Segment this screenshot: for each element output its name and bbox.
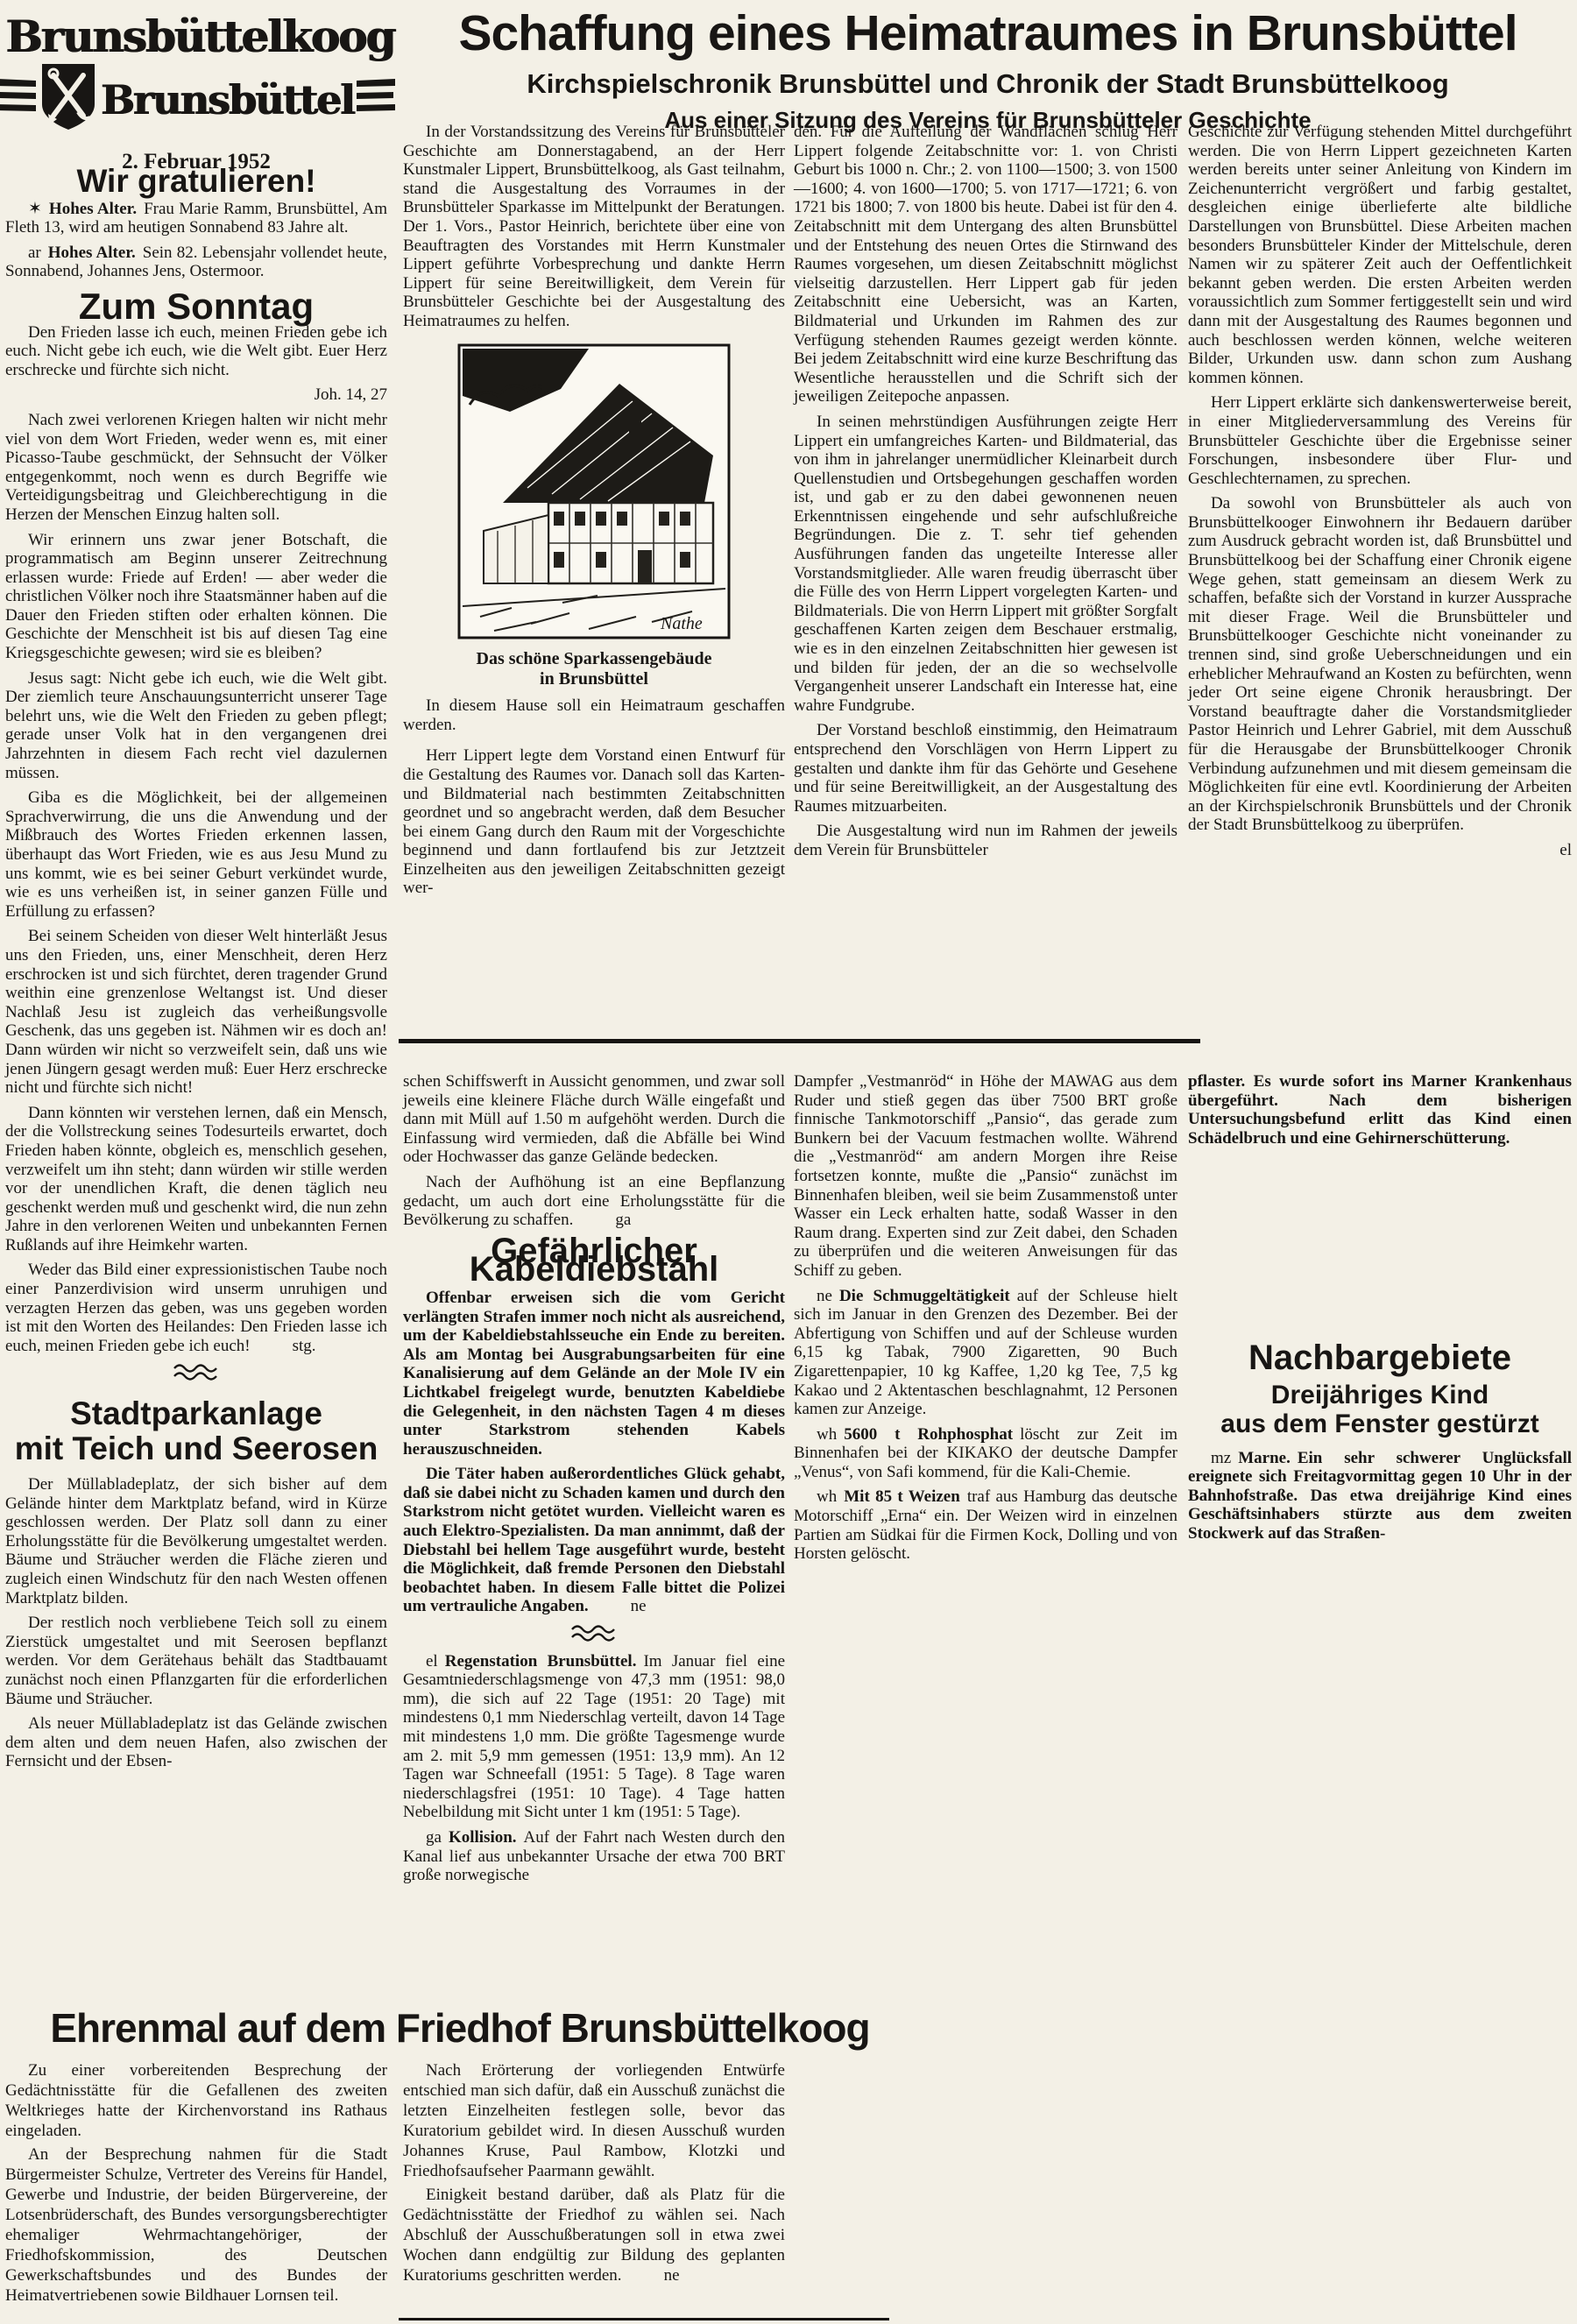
news-item-weizen: whMit 85 t Weizentraf aus Hamburg das de… xyxy=(794,1487,1177,1563)
horizontal-divider-rule xyxy=(399,1039,1200,1043)
bible-reference: Joh. 14, 27 xyxy=(5,385,387,405)
paragraph-text: Einigkeit bestand darüber, daß als Platz… xyxy=(403,2186,785,2285)
sonntag-paragraph: Jesus sagt: Nicht gebe ich euch, wie die… xyxy=(5,669,387,783)
article-paragraph: Der Vorstand beschloß einstimmig, den He… xyxy=(794,721,1177,816)
lower-column-3: Dampfer „Vestmanröd“ in Höhe der MAWAG a… xyxy=(794,1072,1177,1570)
news-item-hohes-alter-2: arHohes Alter.Sein 82. Lebensjahr vollen… xyxy=(5,244,387,281)
news-item-schmuggel: neDie Schmuggeltätigkeitauf der Schleuse… xyxy=(794,1287,1177,1419)
news-item-kollision: gaKollision.Auf der Fahrt nach Westen du… xyxy=(403,1828,785,1885)
stadtpark-paragraph: Der restlich noch verbliebene Teich soll… xyxy=(5,1614,387,1708)
wave-ornament-icon xyxy=(5,1361,387,1388)
article-paragraph: den. Für die Aufteilung der Wandflächen … xyxy=(794,123,1177,406)
main-headline: Schaffung eines Heimatraumes in Brunsbüt… xyxy=(399,7,1577,60)
item-mark: ✶ xyxy=(28,200,42,218)
kabeldiebstahl-heading: Gefährlicher Kabeldiebstahl xyxy=(403,1242,785,1280)
article-paragraph: Herr Lippert legte dem Vorstand einen En… xyxy=(403,746,785,898)
ehrenmal-column-b: Nach Erörterung der vorliegenden Entwürf… xyxy=(403,2060,785,2289)
news-item-regenstation: elRegenstation Brunsbüttel.Im Januar fie… xyxy=(403,1652,785,1822)
masthead-title-line1: Brunsbüttelkoog xyxy=(5,14,387,60)
nachbargebiete-heading: Nachbargebiete xyxy=(1188,1349,1572,1368)
image-caption-text: In diesem Hause soll ein Heimatraum gesc… xyxy=(403,696,785,734)
kabeldiebstahl-paragraph: Die Täter haben außerordentliches Glück … xyxy=(403,1465,785,1616)
city-crest-icon xyxy=(39,61,97,138)
item-lead: 5600 t Rohphosphat xyxy=(844,1425,1013,1444)
article-column-2: In der Vorstandssitzung des Vereins für … xyxy=(403,123,785,904)
kabeldiebstahl-paragraph: Offenbar erweisen sich die vom Gericht v… xyxy=(403,1289,785,1459)
bottom-divider-rule xyxy=(399,2318,889,2320)
ehrenmal-paragraph: An der Besprechung nahmen für die Stadt … xyxy=(5,2144,387,2306)
newspaper-page: Brunsbüttelkoog Brunsbüttel xyxy=(0,0,1577,2324)
item-mark: mz xyxy=(1211,1449,1231,1467)
item-lead: Hohes Alter. xyxy=(49,200,137,218)
sonntag-paragraph: Giba es die Möglichkeit, bei der allgeme… xyxy=(5,788,387,921)
sonntag-heading: Zum Sonntag xyxy=(5,297,387,316)
article-column-3: den. Für die Aufteilung der Wandflächen … xyxy=(794,123,1177,866)
sparkasse-etching-image: Nathe xyxy=(457,343,731,645)
subheading-line2: aus dem Fenster gestürzt xyxy=(1188,1409,1572,1438)
bible-quote: Den Frieden lasse ich euch, meinen Fried… xyxy=(5,323,387,380)
stadtpark-heading-line1: Stadtparkanlage xyxy=(5,1396,387,1431)
banner-stripes-right-icon xyxy=(357,75,395,124)
main-headline-block: Schaffung eines Heimatraumes in Brunsbüt… xyxy=(399,7,1577,134)
banner-stripes-left-icon xyxy=(0,75,36,124)
ehrenmal-column-a: Zu einer vorbereitenden Besprechung der … xyxy=(5,2060,387,2309)
nachbargebiete-subheading: Dreijähriges Kind aus dem Fenster gestür… xyxy=(1188,1381,1572,1438)
stadtpark-heading-line2: mit Teich und Seerosen xyxy=(5,1431,387,1466)
item-text: auf der Schleuse hielt sich im Januar in… xyxy=(794,1287,1177,1419)
author-initials: el xyxy=(1188,841,1572,860)
ehrenmal-paragraph: Einigkeit bestand darüber, daß als Platz… xyxy=(403,2185,785,2285)
item-lead: Hohes Alter. xyxy=(48,244,136,262)
sonntag-last-paragraph: Weder das Bild einer expressionistischen… xyxy=(5,1261,387,1355)
article-paragraph: Geschichte zur Verfügung stehenden Mitte… xyxy=(1188,123,1572,387)
author-initials: ga xyxy=(615,1211,631,1229)
image-caption-line2: in Brunsbüttel xyxy=(403,669,785,689)
article-column-4: Geschichte zur Verfügung stehenden Mitte… xyxy=(1188,123,1572,866)
item-mark: ga xyxy=(426,1828,442,1847)
wave-ornament-icon xyxy=(403,1622,785,1649)
article-paragraph: In seinen mehrstündigen Ausführungen zei… xyxy=(794,413,1177,716)
sonntag-paragraph: Bei seinem Scheiden von dieser Welt hint… xyxy=(5,927,387,1097)
masthead: Brunsbüttelkoog Brunsbüttel xyxy=(5,14,387,174)
subheading-line1: Dreijähriges Kind xyxy=(1188,1381,1572,1409)
nachbargebiete-section: Nachbargebiete Dreijähriges Kind aus dem… xyxy=(1188,1349,1572,1550)
author-initials: stg. xyxy=(293,1337,316,1355)
item-lead: Die Schmuggeltätigkeit xyxy=(839,1287,1010,1305)
kollision-continuation: Dampfer „Vestmanröd“ in Höhe der MAWAG a… xyxy=(794,1072,1177,1281)
item-mark: wh xyxy=(817,1487,837,1506)
paragraph-text: Weder das Bild einer expressionistischen… xyxy=(5,1261,387,1354)
item-mark: el xyxy=(426,1652,438,1671)
lower-column-2: schen Schiffswerft in Aussicht genommen,… xyxy=(403,1072,785,1891)
left-column: Wir gratulieren! ✶Hohes Alter.Frau Marie… xyxy=(5,158,387,1777)
image-artist-signature: Nathe xyxy=(660,614,703,633)
author-initials: ne xyxy=(664,2266,680,2285)
news-item-rohphosphat: wh5600 t Rohphosphatlöscht zur Zeit im B… xyxy=(794,1425,1177,1482)
stadtpark-paragraph: Der Müllabladeplatz, der sich bisher auf… xyxy=(5,1475,387,1607)
sonntag-paragraph: Dann könnten wir verstehen lernen, daß e… xyxy=(5,1104,387,1255)
image-caption-line1: Das schöne Sparkassengebäude xyxy=(403,649,785,669)
sonntag-paragraph: Wir erinnern uns zwar jener Botschaft, d… xyxy=(5,531,387,663)
nachbargebiete-continuation-block: pflaster. Es wurde sofort ins Marner Kra… xyxy=(1188,1072,1572,1154)
ehrenmal-paragraph: Zu einer vorbereitenden Besprechung der … xyxy=(5,2060,387,2141)
article-paragraph: Die Ausgestaltung wird nun im Rahmen der… xyxy=(794,822,1177,859)
item-mark: ar xyxy=(28,244,41,262)
paragraph-text: Nach der Aufhöhung ist an eine Bepflanzu… xyxy=(403,1173,785,1229)
item-mark: ne xyxy=(817,1287,832,1305)
item-mark: wh xyxy=(817,1425,837,1444)
item-lead: Regenstation Brunsbüttel. xyxy=(445,1652,637,1671)
ehrenmal-paragraph: Nach Erörterung der vorliegenden Entwürf… xyxy=(403,2060,785,2181)
item-lead: Marne. xyxy=(1238,1449,1291,1467)
stadtpark-heading: Stadtparkanlage mit Teich und Seerosen xyxy=(5,1396,387,1466)
masthead-title-line2-row: Brunsbüttel xyxy=(5,61,387,138)
news-item-hohes-alter-1: ✶Hohes Alter.Frau Marie Ramm, Brunsbütte… xyxy=(5,200,387,237)
author-initials: ne xyxy=(631,1597,647,1615)
ehrenmal-headline: Ehrenmal auf dem Friedhof Brunsbüttelkoo… xyxy=(26,2004,894,2052)
article-paragraph: Da sowohl von Brunsbütteler als auch von… xyxy=(1188,494,1572,835)
stadtpark-paragraph: Als neuer Müllabladeplatz ist das Geländ… xyxy=(5,1714,387,1771)
muellplatz-paragraph: Nach der Aufhöhung ist an eine Bepflanzu… xyxy=(403,1173,785,1230)
article-paragraph: Herr Lippert erklärte sich dankenswerter… xyxy=(1188,393,1572,488)
news-item-marne: mzMarne.Ein sehr schwerer Unglücksfall e… xyxy=(1188,1449,1572,1543)
paragraph-text: Die Täter haben außerordentliches Glück … xyxy=(403,1465,785,1615)
sonntag-paragraph: Nach zwei verlorenen Kriegen halten wir … xyxy=(5,411,387,525)
item-lead: Kollision. xyxy=(449,1828,517,1847)
item-text: Im Januar fiel eine Gesamtniederschlagsm… xyxy=(403,1652,785,1822)
item-lead: Mit 85 t Weizen xyxy=(844,1487,960,1506)
story-continuation: pflaster. Es wurde sofort ins Marner Kra… xyxy=(1188,1072,1572,1148)
article-paragraph: In der Vorstandssitzung des Vereins für … xyxy=(403,123,785,331)
gratulieren-heading: Wir gratulieren! xyxy=(5,172,387,191)
muellplatz-continuation: schen Schiffswerft in Aussicht genommen,… xyxy=(403,1072,785,1167)
masthead-title-line2: Brunsbüttel xyxy=(101,76,354,124)
image-caption: Das schöne Sparkassengebäude in Brunsbüt… xyxy=(403,649,785,689)
main-subheadline-1: Kirchspielschronik Brunsbüttel und Chron… xyxy=(399,68,1577,100)
